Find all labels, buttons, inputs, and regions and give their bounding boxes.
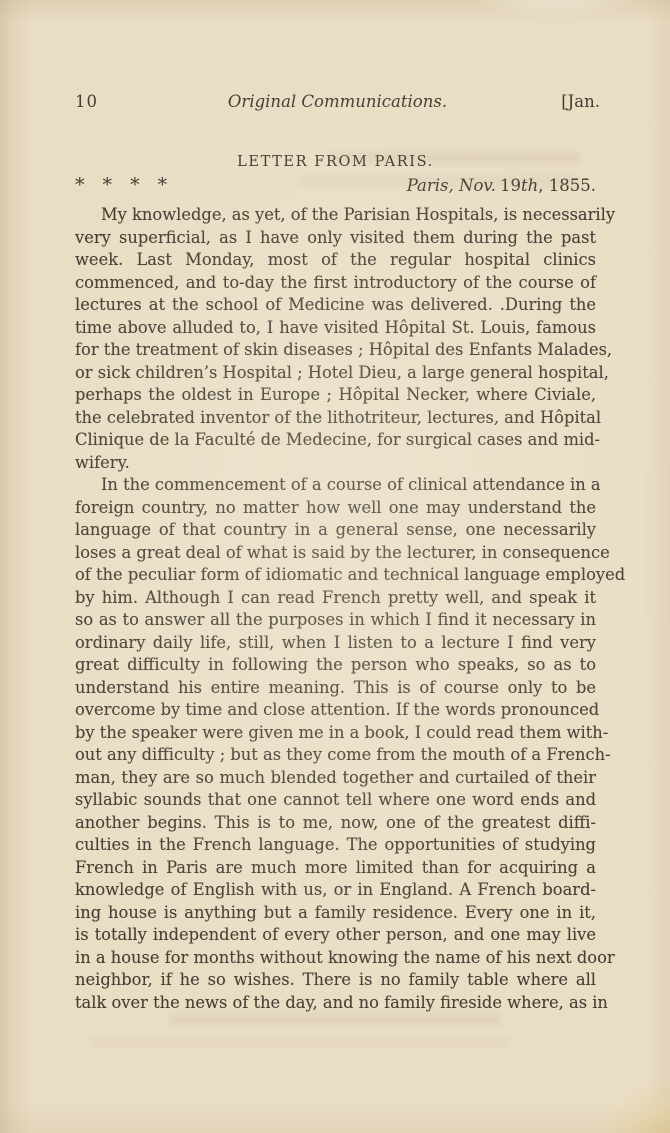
- text-line: man, they are so much blended together a…: [75, 767, 596, 790]
- dateline: Paris, Nov.19th, 1855.: [407, 176, 596, 195]
- text-line: understand his entire meaning. This is o…: [75, 677, 596, 700]
- text-line: for the treatment of skin diseases ; Hôp…: [75, 339, 596, 362]
- dateline-year: , 1855.: [538, 176, 596, 195]
- text-line: week. Last Monday, most of the regular h…: [75, 249, 596, 272]
- text-line: the celebrated inventor of the lithotrit…: [75, 407, 596, 430]
- page-content: 10 Original Communications. [Jan. LETTER…: [0, 0, 670, 1133]
- text-line: In the commencement of a course of clini…: [75, 474, 596, 497]
- text-line: of the peculiar form of idiomatic and te…: [75, 564, 596, 587]
- text-line: foreign country, no matter how well one …: [75, 497, 596, 520]
- text-line: culties in the French language. The oppo…: [75, 834, 596, 857]
- dateline-day-suffix: th: [521, 176, 538, 195]
- text-line: overcome by time and close attention. If…: [75, 699, 596, 722]
- dateline-day: 19: [500, 176, 521, 195]
- text-line: commenced, and to-day the first introduc…: [75, 272, 596, 295]
- signature-asterisks: * * * *: [75, 176, 173, 194]
- text-line: very superficial, as I have only visited…: [75, 227, 596, 250]
- text-line: ordinary daily life, still, when I liste…: [75, 632, 596, 655]
- text-line: Clinique de la Faculté de Medecine, for …: [75, 429, 596, 452]
- dateline-place: Paris, Nov.: [407, 176, 496, 195]
- text-line: language of that country in a general se…: [75, 519, 596, 542]
- text-line: by the speaker were given me in a book, …: [75, 722, 596, 745]
- text-line: time above alluded to, I have visited Hô…: [75, 317, 596, 340]
- issue-label: [Jan.: [510, 92, 600, 111]
- text-line: loses a great deal of what is said by th…: [75, 542, 596, 565]
- text-line: lectures at the school of Medicine was d…: [75, 294, 596, 317]
- text-line: so as to answer all the purposes in whic…: [75, 609, 596, 632]
- text-line: another begins. This is to me, now, one …: [75, 812, 596, 835]
- text-line: talk over the news of the day, and no fa…: [75, 992, 596, 1015]
- text-line: in a house for months without knowing th…: [75, 947, 596, 970]
- paragraph: My knowledge, as yet, of the Parisian Ho…: [75, 204, 596, 474]
- text-line: French in Paris are much more limited th…: [75, 857, 596, 880]
- text-line: neighbor, if he so wishes. There is no f…: [75, 969, 596, 992]
- letter-body: My knowledge, as yet, of the Parisian Ho…: [75, 204, 596, 1014]
- running-head: 10 Original Communications. [Jan.: [75, 92, 600, 111]
- text-line: is totally independent of every other pe…: [75, 924, 596, 947]
- signature-dateline-row: * * * * Paris, Nov.19th, 1855.: [75, 176, 596, 195]
- text-line: knowledge of English with us, or in Engl…: [75, 879, 596, 902]
- paragraph: In the commencement of a course of clini…: [75, 474, 596, 1014]
- article-heading: LETTER FROM PARIS.: [75, 154, 596, 170]
- text-line: out any difficulty ; but as they come fr…: [75, 744, 596, 767]
- scanned-book-page: { "colors": { "paper": "#e9ddc4", "ink":…: [0, 0, 670, 1133]
- text-line: My knowledge, as yet, of the Parisian Ho…: [75, 204, 596, 227]
- text-line: ing house is anything but a family resid…: [75, 902, 596, 925]
- text-line: syllabic sounds that one cannot tell whe…: [75, 789, 596, 812]
- text-line: or sick children’s Hospital ; Hotel Dieu…: [75, 362, 596, 385]
- page-number: 10: [75, 92, 165, 111]
- text-line: by him. Although I can read French prett…: [75, 587, 596, 610]
- text-line: perhaps the oldest in Europe ; Hôpital N…: [75, 384, 596, 407]
- text-line: wifery.: [75, 452, 596, 475]
- text-line: great difficulty in following the person…: [75, 654, 596, 677]
- running-title: Original Communications.: [165, 92, 510, 111]
